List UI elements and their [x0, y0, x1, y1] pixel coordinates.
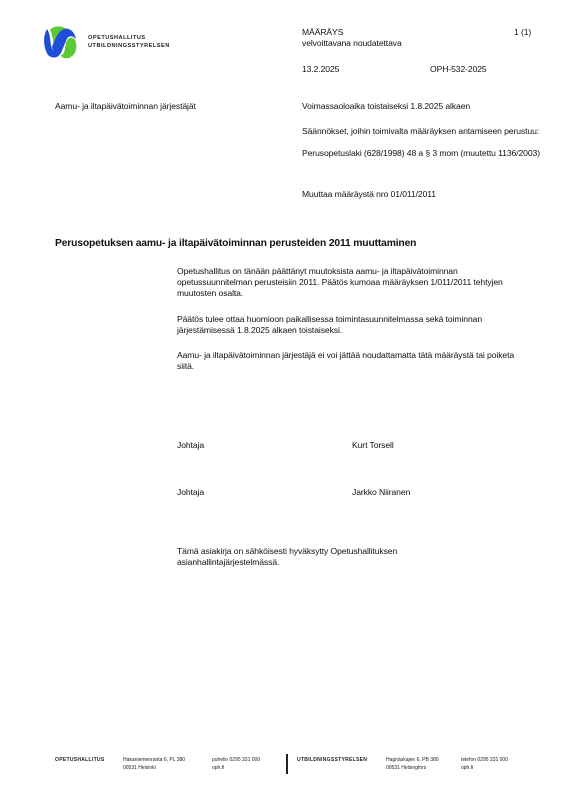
signature-1-name: Kurt Torsell: [352, 440, 394, 451]
paragraph-2: Päätös tulee ottaa huomioon paikallisess…: [177, 314, 525, 336]
footer-fi-phone: puhelin 0295 331 000: [212, 757, 260, 765]
signature-1-title: Johtaja: [177, 440, 204, 451]
footer-fi-address: Hakaniemenranta 6, PL 380 00531 Helsinki: [123, 757, 185, 772]
footer-sv-address1: Hagnäskajen 6, PB 380: [386, 757, 439, 765]
footer-fi-address1: Hakaniemenranta 6, PL 380: [123, 757, 185, 765]
footer-fi-address2: 00531 Helsinki: [123, 765, 185, 773]
doc-date: 13.2.2025: [302, 64, 339, 75]
footer-sv-name-text: UTBILDNINGSSTYRELSEN: [297, 757, 367, 763]
footer-sv-name: UTBILDNINGSSTYRELSEN: [297, 757, 367, 765]
authority-label: Säännökset, joihin toimivalta määräyksen…: [302, 126, 544, 137]
amends: Muuttaa määräystä nro 01/011/2011: [302, 189, 436, 200]
validity: Voimassaoloaika toistaiseksi 1.8.2025 al…: [302, 101, 470, 112]
footer-fi-contact: puhelin 0295 331 000 oph.fi: [212, 757, 260, 772]
doc-subtype: velvoittavana noudatettava: [302, 38, 402, 49]
org-name-fi: OPETUSHALLITUS: [88, 34, 170, 42]
footer-sv-web[interactable]: oph.fi: [461, 765, 508, 773]
paragraph-1: Opetushallitus on tänään päättänyt muuto…: [177, 266, 525, 299]
footer-sv-phone: telefon 0295 331 000: [461, 757, 508, 765]
opetushallitus-logo-icon: [42, 25, 80, 59]
authority-text: Perusopetuslaki (628/1998) 48 a § 3 mom …: [302, 148, 542, 159]
footer-sv-address2: 00531 Helsingfors: [386, 765, 439, 773]
org-name-sv: UTBILDNINGSSTYRELSEN: [88, 42, 170, 50]
organization-name: OPETUSHALLITUS UTBILDNINGSSTYRELSEN: [88, 34, 170, 50]
doc-reference: OPH-532-2025: [430, 64, 487, 75]
footer-sv-address: Hagnäskajen 6, PB 380 00531 Helsingfors: [386, 757, 439, 772]
doc-type: MÄÄRÄYS: [302, 27, 343, 38]
document-title: Perusopetuksen aamu- ja iltapäivätoiminn…: [55, 238, 416, 249]
paragraph-3: Aamu- ja iltapäivätoiminnan järjestäjä e…: [177, 350, 525, 372]
footer-fi-web[interactable]: oph.fi: [212, 765, 260, 773]
footer-fi-name-text: OPETUSHALLITUS: [55, 757, 104, 763]
signature-2-name: Jarkko Niiranen: [352, 487, 410, 498]
footer-divider: [286, 754, 288, 774]
approval-note: Tämä asiakirja on sähköisesti hyväksytty…: [177, 546, 437, 568]
page-number: 1 (1): [514, 27, 531, 38]
footer-fi-name: OPETUSHALLITUS: [55, 757, 104, 765]
signature-2-title: Johtaja: [177, 487, 204, 498]
recipient: Aamu- ja iltapäivätoiminnan järjestäjät: [55, 101, 196, 112]
footer-sv-contact: telefon 0295 331 000 oph.fi: [461, 757, 508, 772]
